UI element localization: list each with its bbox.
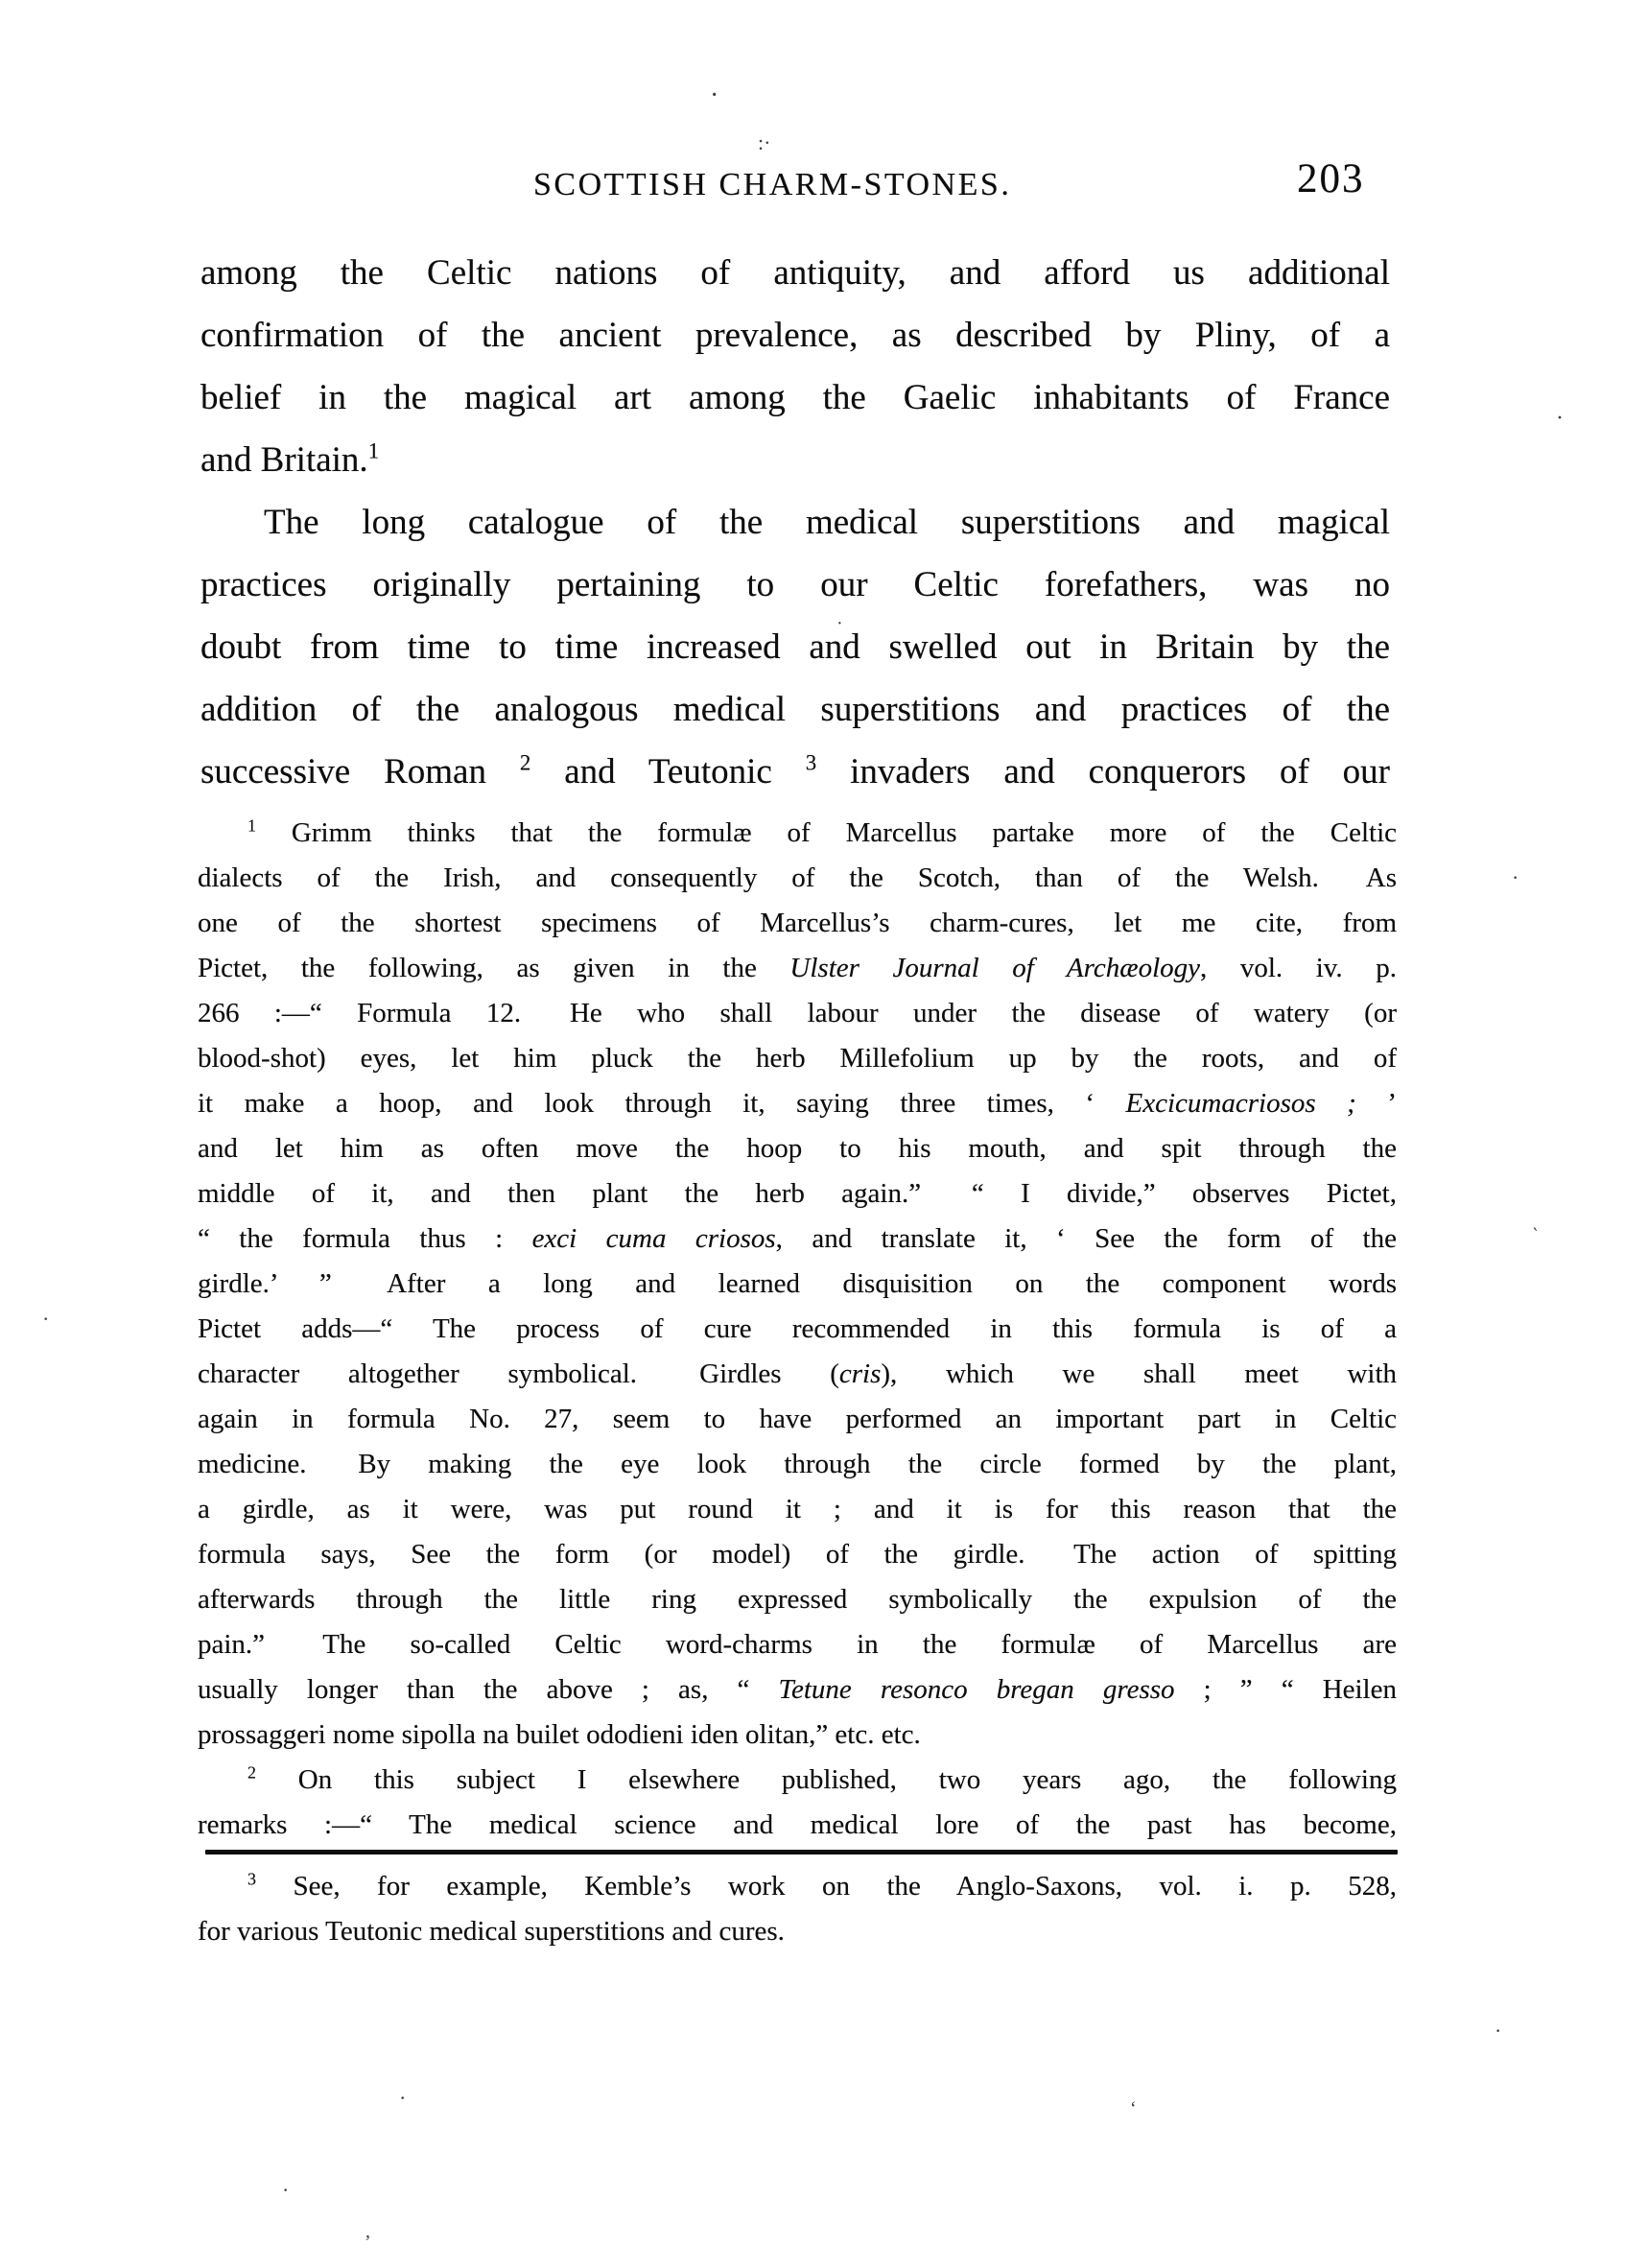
- text-line: successive Roman 2 and Teutonic 3 invade…: [200, 741, 1390, 803]
- text-line: middle of it, and then plant the herb ag…: [198, 1171, 1397, 1217]
- scan-speck: ·: [282, 2180, 289, 2201]
- paragraph: 1 Grimm thinks that the formulæ of Marce…: [198, 811, 1397, 1758]
- text-line: for various Teutonic medical superstitio…: [198, 1909, 1397, 1954]
- paragraph: The long catalogue of the medical supers…: [200, 491, 1390, 803]
- text-line: and let him as often move the hoop to hi…: [198, 1126, 1397, 1171]
- text-line: again in formula No. 27, seem to have pe…: [198, 1397, 1397, 1442]
- scan-speck: ·: [399, 2088, 406, 2109]
- text-line: The long catalogue of the medical supers…: [200, 491, 1390, 554]
- scan-speck: ·: [710, 83, 718, 109]
- text-line: it make a hoop, and look through it, say…: [198, 1081, 1397, 1126]
- footnote-separator-rule: [205, 1850, 1398, 1855]
- text-line: prossaggeri nome sipolla na builet ododi…: [198, 1713, 1397, 1758]
- page-number: 203: [1297, 155, 1365, 202]
- text-line: remarks :—“ The medical science and medi…: [198, 1803, 1397, 1848]
- text-line: one of the shortest specimens of Marcell…: [198, 901, 1397, 946]
- scan-speck: ‚: [365, 2222, 371, 2241]
- text-line: blood-shot) eyes, let him pluck the herb…: [198, 1036, 1397, 1081]
- text-line: and Britain.1: [200, 429, 1390, 491]
- footnotes-above-rule: 1 Grimm thinks that the formulæ of Marce…: [198, 811, 1397, 1848]
- text-line: doubt from time to time increased and sw…: [200, 616, 1390, 678]
- paragraph: 2 On this subject I elsewhere published,…: [198, 1758, 1397, 1848]
- running-header: SCOTTISH CHARM-STONES.: [533, 167, 1011, 203]
- text-line: pain.” The so-called Celtic word-charms …: [198, 1622, 1397, 1667]
- scan-speck: ·: [1556, 407, 1564, 430]
- text-line: formula says, See the form (or model) of…: [198, 1532, 1397, 1577]
- text-line: confirmation of the ancient prevalence, …: [200, 304, 1390, 366]
- text-line: 266 :—“ Formula 12. He who shall labour …: [198, 991, 1397, 1036]
- book-page: SCOTTISH CHARM-STONES. 203 among the Cel…: [0, 0, 1648, 2268]
- body-text: among the Celtic nations of antiquity, a…: [200, 242, 1390, 803]
- scan-speck: ·: [42, 1309, 49, 1330]
- text-line: “ the formula thus : exci cuma criosos, …: [198, 1217, 1397, 1262]
- text-line: 2 On this subject I elsewhere published,…: [198, 1758, 1397, 1803]
- scan-speck: ·: [836, 614, 843, 633]
- footnotes: 1 Grimm thinks that the formulæ of Marce…: [198, 811, 1397, 1954]
- text-line: usually longer than the above ; as, “ Te…: [198, 1667, 1397, 1713]
- text-line: 1 Grimm thinks that the formulæ of Marce…: [198, 811, 1397, 856]
- text-line: practices originally pertaining to our C…: [200, 554, 1390, 616]
- text-line: 3 See, for example, Kemble’s work on the…: [198, 1864, 1397, 1909]
- scan-speck: ·: [1512, 867, 1519, 888]
- text-line: addition of the analogous medical supers…: [200, 678, 1390, 741]
- text-line: belief in the magical art among the Gael…: [200, 366, 1390, 429]
- text-line: character altogether symbolical. Girdles…: [198, 1352, 1397, 1397]
- scan-speck: :·: [758, 132, 770, 154]
- text-line: medicine. By making the eye look through…: [198, 1442, 1397, 1487]
- scan-speck: ‵: [1533, 1226, 1538, 1245]
- text-line: a girdle, as it were, was put round it ;…: [198, 1487, 1397, 1532]
- scan-speck: ·: [1495, 2020, 1501, 2042]
- text-line: afterwards through the little ring expre…: [198, 1577, 1397, 1622]
- text-line: among the Celtic nations of antiquity, a…: [200, 242, 1390, 304]
- scan-speck: ‘: [1130, 2099, 1137, 2118]
- paragraph: among the Celtic nations of antiquity, a…: [200, 242, 1390, 491]
- text-line: dialects of the Irish, and consequently …: [198, 856, 1397, 901]
- paragraph: 3 See, for example, Kemble’s work on the…: [198, 1864, 1397, 1954]
- text-line: Pictet adds—“ The process of cure recomm…: [198, 1307, 1397, 1352]
- text-line: Pictet, the following, as given in the U…: [198, 946, 1397, 991]
- text-line: girdle.’ ” After a long and learned disq…: [198, 1262, 1397, 1307]
- footnotes-below-rule: 3 See, for example, Kemble’s work on the…: [198, 1864, 1397, 1954]
